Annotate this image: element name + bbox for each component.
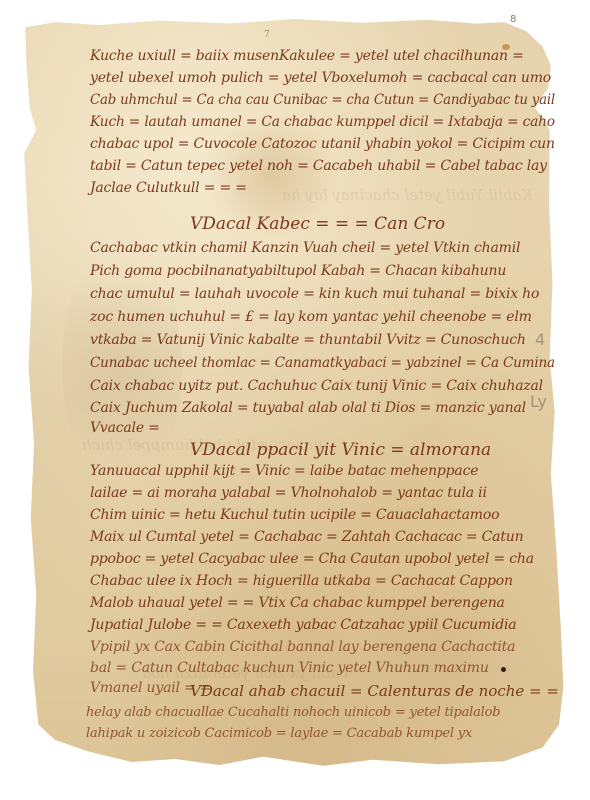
text-line: Cab uhmchul = Ca cha cau Cunibac = cha C… [90,92,555,108]
ink-dot [501,667,506,672]
top-mark: 7 [264,30,270,40]
pencil-marginalia: 4 [535,330,545,349]
text-line: Chabac ulee ix Hoch = higuerilla utkaba … [90,573,513,589]
folio-number: 8 [510,14,516,25]
text-line: Jupatial Julobe = = Caxexeth yabac Catza… [90,617,516,633]
text-line: lailae = ai moraha yalabal = Vholnohalob… [90,485,487,501]
text-line: ppoboc = yetel Cacyabac ulee = Cha Cauta… [90,551,534,567]
pencil-marginalia: Ly [530,392,547,411]
text-line: Malob uhaual yetel = = Vtix Ca chabac ku… [90,595,505,611]
text-line: Maix ul Cumtal yetel = Cachabac = Zahtah… [90,529,523,545]
text-line: tabil = Catun tepec yetel noh = Cacabeh … [90,158,547,174]
text-line: Kuch = lautah umanel = Ca chabac kumppel… [90,114,555,130]
text-line: Kuche uxiull = baiix musenKakulee = yete… [90,48,524,64]
image-canvas: Kablil Yubil yetel chacinay lay ha uaxac… [0,0,590,800]
section-heading: VDacal ahab chacuil = Calenturas de noch… [190,682,559,700]
text-line: Cachabac vtkin chamil Kanzin Vuah cheil … [90,240,520,256]
text-line: Caix Juchum Zakolal = tuyabal alab olal … [90,400,526,416]
text-line: lahipak u zoizicob Cacimicob = laylae = … [86,726,472,741]
text-line: bal = Catun Cultabac kuchun Vinic yetel … [90,660,489,676]
text-line: chabac upol = Cuvocole Catozoc utanil yh… [90,136,555,152]
text-line: Cunabac ucheel thomlac = Canamatkyabaci … [90,355,555,371]
section-heading: VDacal Kabec = = = Can Cro [190,214,445,234]
text-line: helay alab chacuallae Cucahalti nohoch u… [86,705,500,720]
bleed-through-text: Kablil Yubil yetel chacinay lay ha [282,186,533,204]
text-line: chac umulul = lauhah uvocole = kin kuch … [90,286,539,302]
text-line: Vpipil yx Cax Cabin Cicithal bannal lay … [90,639,515,655]
text-line: Caix chabac uyitz put. Cachuhuc Caix tun… [90,378,543,394]
text-line: vtkaba = Vatunij Vinic kabalte = thuntab… [90,332,526,348]
text-line: zoc humen uchuhul = £ = lay kom yantac y… [90,309,532,325]
text-line: Yanuuacal upphil kijt = Vinic = laibe ba… [90,463,478,479]
text-line: Chim uinic = hetu Kuchul tutin ucipile =… [90,507,499,523]
text-line: Vvacale = [90,420,160,436]
text-line: Jaclae Culutkull = = = [90,180,247,196]
text-line: Pich goma pocbilnanatyabiltupol Kabah = … [90,263,506,279]
text-line: yetel ubexel umoh pulich = yetel Vboxelu… [90,70,551,86]
section-heading: VDacal ppacil yit Vinic = almorana [190,440,491,460]
